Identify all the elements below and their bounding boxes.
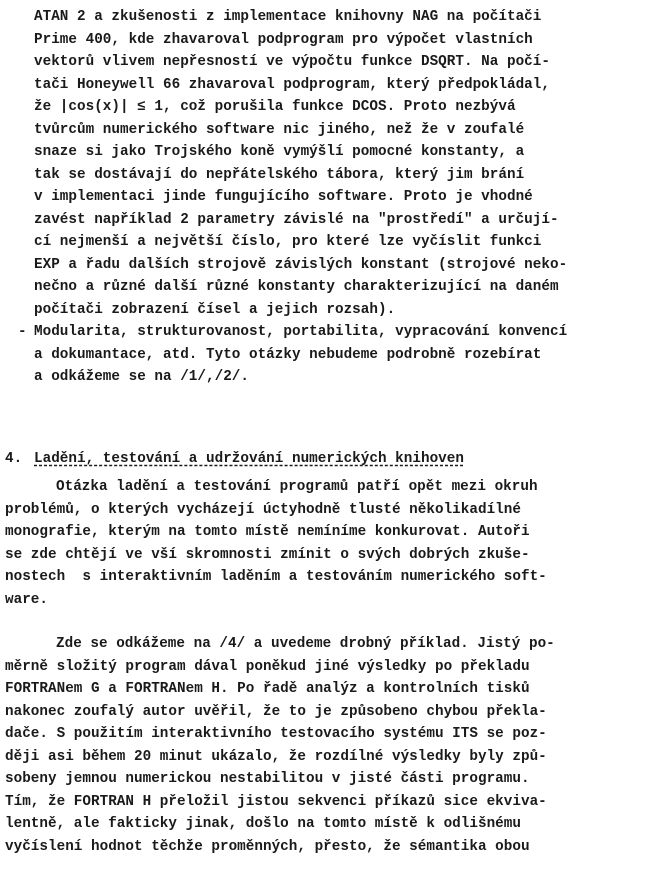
text-line: měrně složitý program dával poněkud jiné… bbox=[5, 657, 530, 677]
text-line: dače. S použitím interaktivního testovac… bbox=[5, 724, 547, 744]
text-line: ději asi během 20 minut ukázalo, že rozd… bbox=[5, 747, 547, 767]
text-line: vyčíslení hodnot těchže proměnných, přes… bbox=[5, 837, 530, 857]
text-line: počítači zobrazení čísel a jejich rozsah… bbox=[34, 300, 395, 320]
text-line: vektorů vlivem nepřesností ve výpočtu fu… bbox=[34, 52, 550, 72]
text-line: ware. bbox=[5, 590, 48, 610]
document-page: ATAN 2 a zkušenosti z implementace kniho… bbox=[0, 0, 672, 887]
text-line: nostech s interaktivním laděním a testov… bbox=[5, 567, 547, 587]
text-line: tvůrcům numerického software nic jiného,… bbox=[34, 120, 524, 140]
text-line: a odkážeme se na /1/,/2/. bbox=[34, 367, 249, 387]
text-line: ATAN 2 a zkušenosti z implementace kniho… bbox=[34, 7, 541, 27]
text-line: problémů, o kterých vycházejí úctyhodně … bbox=[5, 500, 521, 520]
bullet-dash-marker: - bbox=[18, 322, 27, 342]
text-line: Zde se odkážeme na /4/ a uvedeme drobný … bbox=[56, 634, 555, 654]
text-line: tači Honeywell 66 zhavaroval podprogram,… bbox=[34, 75, 550, 95]
text-line: monografie, kterým na tomto místě nemíní… bbox=[5, 522, 530, 542]
text-line: snaze si jako Trojského koně vymýšlí pom… bbox=[34, 142, 524, 162]
text-line: lentně, ale fakticky jinak, došlo na tom… bbox=[5, 814, 521, 834]
text-line: zavést například 2 parametry závislé na … bbox=[34, 210, 559, 230]
text-line: Modularita, strukturovanost, portabilita… bbox=[34, 322, 567, 342]
text-line: tak se dostávají do nepřátelského tábora… bbox=[34, 165, 524, 185]
text-line: sobeny jemnou numerickou nestabilitou v … bbox=[5, 769, 530, 789]
text-line: Otázka ladění a testování programů patří… bbox=[56, 477, 538, 497]
text-line: nečno a různé další různé konstanty char… bbox=[34, 277, 559, 297]
text-line: že |cos(x)| ≤ 1, což porušila funkce DCO… bbox=[34, 97, 516, 117]
text-line: se zde chtějí ve vší skromnosti zmínit o… bbox=[5, 545, 530, 565]
text-line: v implementaci jinde fungujícího softwar… bbox=[34, 187, 533, 207]
text-line: EXP a řadu dalších strojově závislých ko… bbox=[34, 255, 567, 275]
section-number: 4. bbox=[5, 449, 22, 469]
text-line: nakonec zoufalý autor uvěřil, že to je z… bbox=[5, 702, 547, 722]
text-line: Prime 400, kde zhavaroval podprogram pro… bbox=[34, 30, 533, 50]
text-line: a dokumantace, atd. Tyto otázky nebudeme… bbox=[34, 345, 541, 365]
section-title: Ladění, testování a udržování numerickýc… bbox=[34, 449, 464, 469]
text-line: cí nejmenší a největší číslo, pro které … bbox=[34, 232, 541, 252]
text-line: FORTRANem G a FORTRANem H. Po řadě analý… bbox=[5, 679, 530, 699]
text-line: Tím, že FORTRAN H přeložil jistou sekven… bbox=[5, 792, 547, 812]
